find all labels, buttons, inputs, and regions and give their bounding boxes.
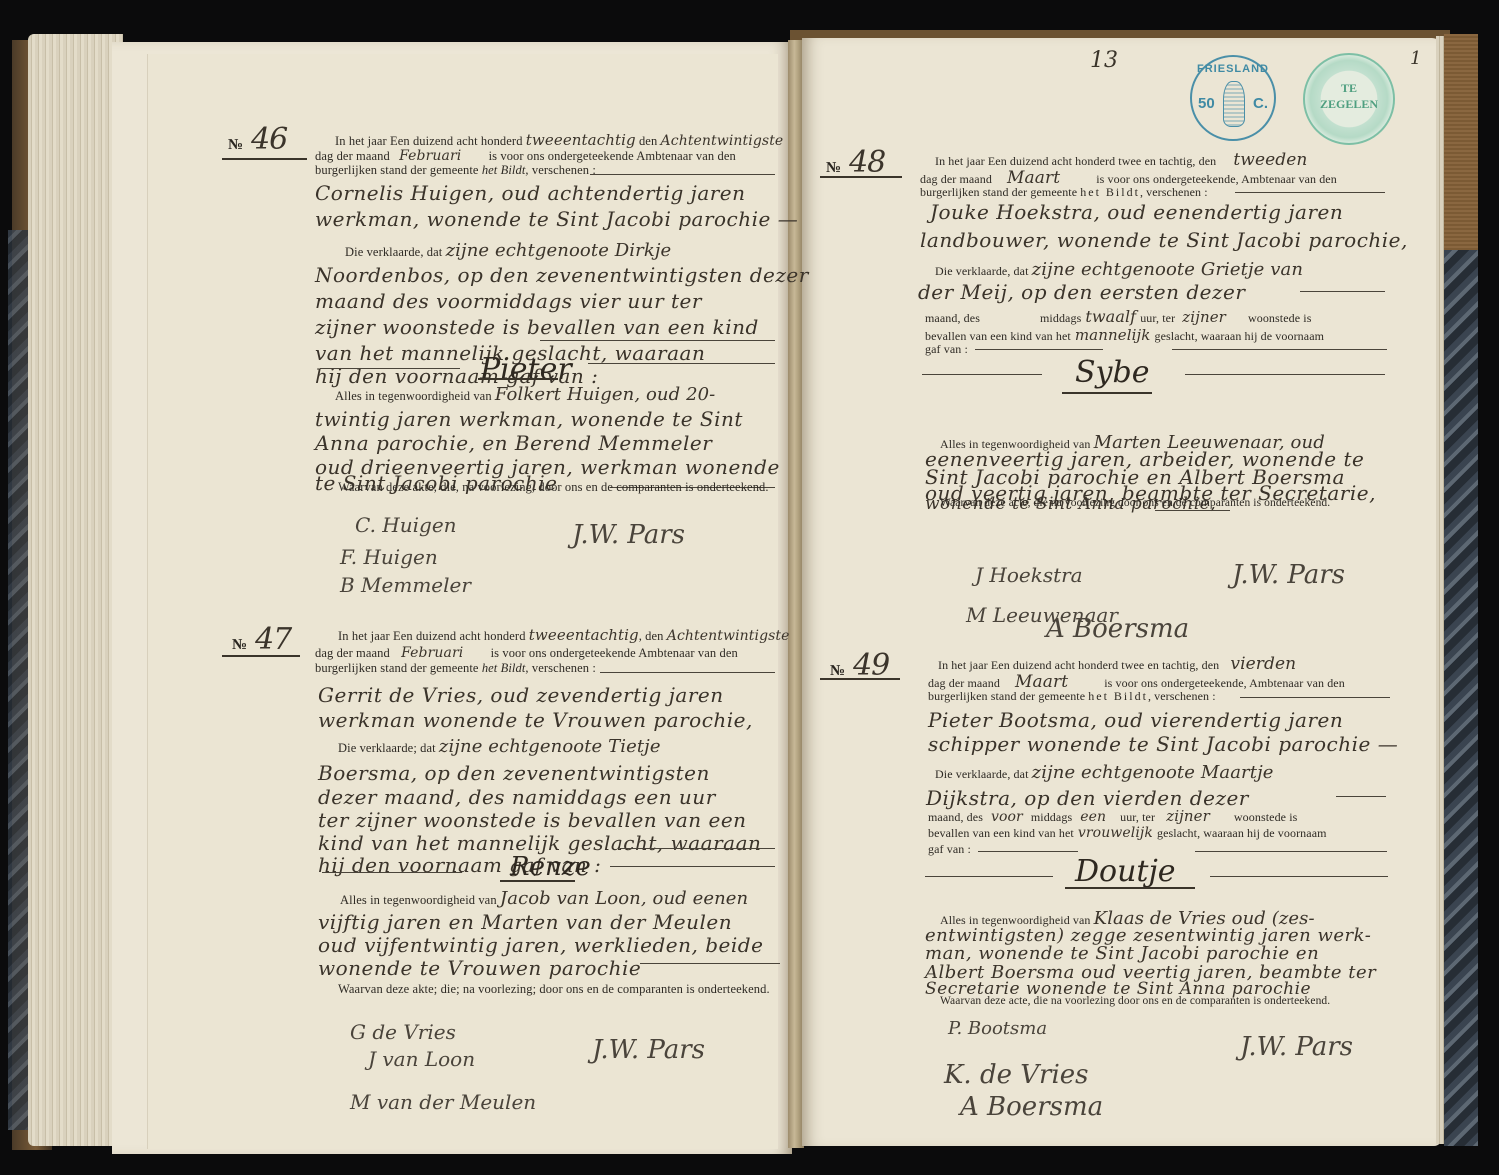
gaf-van-text: gaf van : — [925, 342, 968, 357]
declarant-line: Jouke Hoekstra, oud eenendertig jaren — [930, 200, 1343, 224]
closing-text: Waarvan deze acte, die na voorlezing doo… — [940, 995, 1330, 1007]
declared-field: zijne echtgenoote Maartje — [1032, 762, 1274, 783]
number-underline — [222, 655, 300, 657]
sex-text: voornaam — [1275, 329, 1324, 343]
marbled-cover-right — [1444, 250, 1478, 1146]
intro-text: , verschenen : — [525, 163, 595, 177]
intro-text: , verschenen : — [1148, 689, 1216, 703]
month-field: Februari — [399, 148, 461, 164]
friesland-tax-stamp: FRIESLAND 50 C. — [1190, 55, 1276, 141]
entry-number: №47 — [232, 622, 291, 657]
closing-text: Waarvan deze akte; die; na voorlezing; d… — [338, 982, 770, 997]
witness-line: twintig jaren werkman, wonende te Sint — [315, 407, 743, 431]
witness-line: man, wonende te Sint Jacobi parochie en — [925, 943, 1319, 964]
day-field: tweeden — [1233, 150, 1307, 170]
fill-rule — [588, 363, 775, 364]
stamp-region: FRIESLAND — [1192, 63, 1274, 75]
time-text: maand, des — [928, 810, 983, 824]
ampm-field: voor — [991, 809, 1023, 825]
mother-line: Noordenbos, op den zevenentwintigsten de… — [315, 263, 809, 287]
signature: K. de Vries — [944, 1060, 1089, 1090]
sex-text: bevallen van een kind van het — [928, 826, 1074, 840]
mother-line: Boersma, op den zevenentwintigsten — [318, 761, 710, 785]
time-text: woonstede is — [1248, 311, 1312, 325]
official-signature: J.W. Pars — [572, 520, 685, 550]
intro-text: dag der maand — [315, 646, 390, 660]
child-name-underline — [1065, 887, 1195, 889]
fill-rule — [322, 872, 462, 873]
witness-line: oud vijfentwintig jaren, werklieden, bei… — [318, 933, 763, 957]
day-field: Achtentwintigste — [667, 628, 790, 644]
day-field: vierden — [1230, 654, 1296, 674]
intro-text: In het jaar Een duizend acht honderd — [335, 134, 523, 148]
declared-label: Die verklaarde, dat — [935, 767, 1029, 781]
declarant-line: Pieter Bootsma, oud vierendertig jaren — [928, 708, 1343, 732]
fill-rule — [1195, 851, 1387, 852]
signature: G de Vries — [350, 1020, 456, 1044]
month-field: Februari — [401, 645, 463, 661]
folio-number: 13 — [1090, 48, 1118, 73]
time-text: middags — [1031, 810, 1072, 824]
fill-rule — [922, 374, 1042, 375]
declarant-line: Gerrit de Vries, oud zevendertig jaren — [318, 683, 724, 707]
signature: J Hoekstra — [975, 563, 1083, 587]
signature: F. Huigen — [340, 545, 438, 569]
corner-mark: 1 — [1410, 48, 1421, 69]
intro-text: dag der maand — [928, 676, 1000, 690]
sex-field: mannelijk — [1075, 326, 1151, 344]
fill-rule — [1185, 374, 1385, 375]
mother-line: zijner woonstede is bevallen van een kin… — [315, 315, 759, 339]
witness-label: Alles in tegenwoordigheid van — [335, 389, 492, 403]
child-name: Pieter — [480, 352, 572, 387]
fill-rule — [610, 866, 775, 867]
year-field: tweeentachtig — [526, 131, 636, 149]
crown-crest-icon — [1223, 81, 1245, 127]
intro-text: dag der maand — [315, 149, 390, 163]
child-name-underline — [500, 880, 575, 882]
time-text: uur, ter — [1140, 311, 1175, 325]
intro-text: is voor ons ondergeteekende, Ambtenaar v… — [1104, 676, 1345, 690]
fill-rule — [1235, 192, 1385, 193]
hour-field: twaalf — [1085, 307, 1136, 326]
fill-rule — [1210, 876, 1388, 877]
intro-text: burgerlijken stand der gemeente — [920, 185, 1077, 199]
intro-text: , verschenen : — [525, 661, 595, 675]
fill-rule — [1172, 349, 1387, 350]
sex-text: geslacht, waaraan hij de — [1157, 826, 1275, 840]
time-text: woonstede is — [1234, 810, 1298, 824]
municipality: het Bildt — [482, 661, 526, 675]
signature: M van der Meulen — [350, 1090, 536, 1114]
signature: J van Loon — [368, 1047, 475, 1071]
declared-label: Die verklaarde, dat — [345, 245, 442, 259]
signature: B Memmeler — [340, 573, 471, 597]
fill-rule — [925, 876, 1053, 877]
witness-line: Anna parochie, en Berend Memmeler — [315, 431, 712, 455]
official-signature: J.W. Pars — [1240, 1032, 1353, 1062]
declared-field: zijne echtgenoote Grietje van — [1032, 259, 1303, 280]
official-signature: J.W. Pars — [592, 1035, 705, 1065]
gaf-van-text: gaf van : — [928, 842, 971, 857]
residence-field: zijner — [1182, 308, 1226, 326]
witness-line: wonende te Vrouwen parochie — [318, 956, 641, 980]
fill-rule — [1240, 697, 1390, 698]
declared-field: zijne echtgenoote Tietje — [439, 736, 661, 757]
declared-field: zijne echtgenoote Dirkje — [446, 240, 672, 261]
declarant-line: werkman, wonende te Sint Jacobi parochie… — [315, 207, 798, 231]
municipality: het Bildt — [482, 163, 526, 177]
child-name: Renze — [510, 852, 591, 882]
declared-label: Die verklaarde; dat — [338, 741, 436, 755]
declarant-line: Cornelis Huigen, oud achtendertig jaren — [315, 181, 746, 205]
signature: P. Bootsma — [948, 1018, 1047, 1039]
mother-line: maand des voormiddags vier uur ter — [315, 289, 702, 313]
sex-text: bevallen van een kind van het — [925, 329, 1071, 343]
intro-text: , verschenen : — [1140, 185, 1208, 199]
sex-text: voornaam — [1278, 826, 1327, 840]
child-name-underline — [478, 378, 558, 380]
municipality: het Bildt — [1080, 185, 1140, 199]
year-field: tweeentachtig — [529, 626, 639, 644]
declarant-line: landbouwer, wonende te Sint Jacobi paroc… — [920, 228, 1408, 252]
fill-rule — [975, 349, 1103, 350]
closing-text: Waarvan deze akte, die, na voorlezing, d… — [338, 480, 769, 495]
child-name-underline — [1062, 392, 1152, 394]
number-underline — [222, 158, 307, 160]
intro-text: burgerlijken stand der gemeente — [928, 689, 1085, 703]
fill-rule — [1155, 510, 1230, 511]
intro-text: is voor ons ondergeteekende Ambtenaar va… — [491, 646, 738, 660]
fill-rule — [640, 963, 780, 964]
intro-text: is voor ons ondergeteekende Ambtenaar va… — [489, 149, 736, 163]
fill-rule — [620, 848, 775, 849]
intro-text: dag der maand — [920, 172, 992, 186]
mother-line: der Meij, op den eersten dezer — [918, 280, 1245, 304]
time-text: maand, des — [925, 311, 980, 325]
stamp-line-2: ZEGELEN — [1305, 97, 1393, 112]
page-stack-left — [28, 34, 123, 1146]
declarant-line: schipper wonende te Sint Jacobi parochie… — [928, 732, 1398, 756]
mother-line: dezer maand, des namiddags een uur — [318, 785, 716, 809]
day-field: Achtentwintigste — [661, 133, 784, 149]
intro-text: In het jaar Een duizend acht honderd twe… — [935, 154, 1216, 168]
te-zegelen-stamp: TE ZEGELEN — [1303, 53, 1395, 145]
witness-line: vijftig jaren en Marten van der Meulen — [318, 910, 732, 934]
intro-text: is voor ons ondergeteekende, Ambtenaar v… — [1096, 172, 1337, 186]
witness-field: Jacob van Loon, oud eenen — [500, 888, 748, 909]
fill-rule — [978, 851, 1078, 852]
declarant-line: werkman wonende te Vrouwen parochie, — [318, 708, 753, 732]
official-signature: J.W. Pars — [1232, 560, 1345, 590]
entry-number: №48 — [826, 145, 885, 180]
child-name: Doutje — [1075, 854, 1176, 889]
stamp-unit: C. — [1253, 95, 1268, 112]
number-underline — [820, 678, 900, 680]
signature: C. Huigen — [355, 513, 457, 537]
hour-field: een — [1080, 809, 1106, 825]
residence-field: zijner — [1166, 807, 1210, 825]
entry-number: №46 — [228, 122, 287, 157]
fill-rule — [600, 672, 775, 673]
fill-rule — [1336, 796, 1386, 797]
sex-text: geslacht, waaraan hij de — [1154, 329, 1272, 343]
number-underline — [820, 176, 902, 178]
stamp-line-1: TE — [1305, 81, 1393, 96]
fill-rule — [320, 368, 460, 369]
fill-rule — [540, 340, 775, 341]
municipality: het Bildt — [1088, 689, 1148, 703]
stamp-value: 50 — [1198, 95, 1215, 112]
witness-label: Alles in tegenwoordigheid van — [340, 893, 497, 907]
mother-line: ter zijner woonstede is bevallen van een — [318, 808, 747, 832]
fill-rule — [1300, 291, 1385, 292]
intro-text: In het jaar Een duizend acht honderd — [338, 629, 526, 643]
time-text: middags — [1040, 311, 1081, 325]
intro-text: burgerlijken stand der gemeente — [315, 661, 479, 675]
signature: A Boersma — [960, 1092, 1103, 1122]
intro-text: burgerlijken stand der gemeente — [315, 163, 479, 177]
child-name: Sybe — [1075, 355, 1149, 390]
signature: A Boersma — [1046, 614, 1189, 644]
sex-field: vrouwelijk — [1078, 825, 1153, 841]
fill-rule — [590, 174, 775, 175]
intro-text: In het jaar Een duizend acht honderd twe… — [938, 658, 1219, 672]
declared-label: Die verklaarde, dat — [935, 264, 1029, 278]
time-text: uur, ter — [1120, 810, 1155, 824]
witness-field: Folkert Huigen, oud 20- — [495, 384, 715, 405]
closing-text: Waarvan deze acte, die na voorlezing doo… — [940, 497, 1330, 509]
